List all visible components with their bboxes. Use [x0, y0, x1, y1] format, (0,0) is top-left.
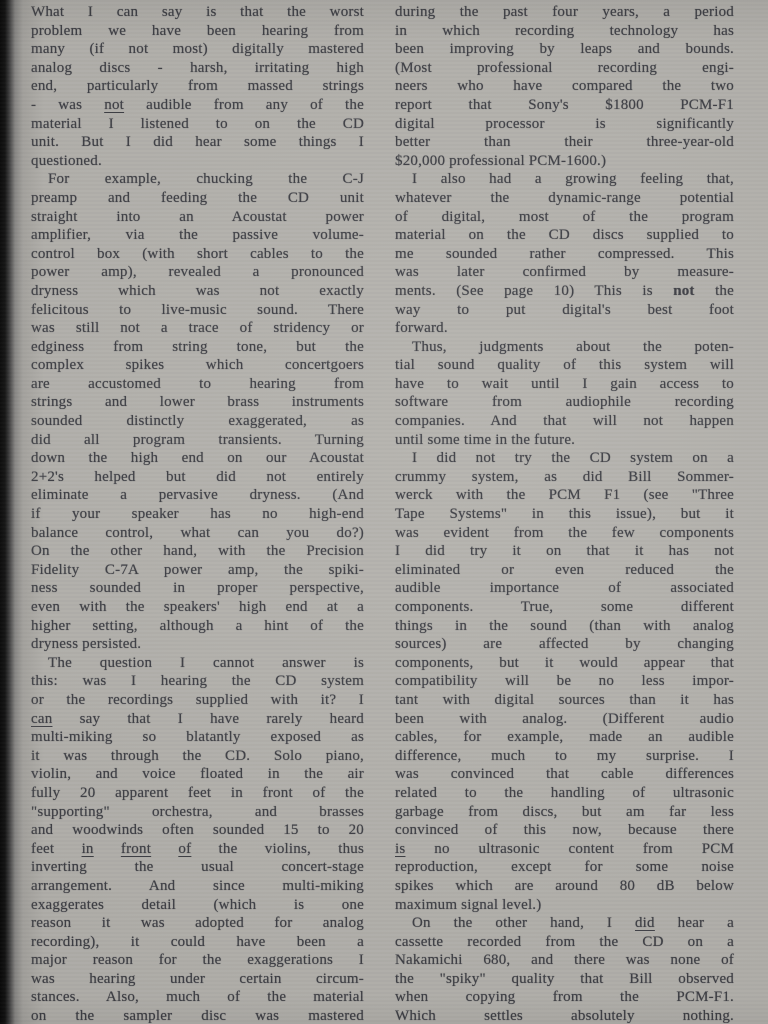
underlined-text: is: [395, 841, 405, 857]
text-segment: whatever the dynamic-range potential: [395, 190, 734, 206]
text-line: werck with the PCM F1 (see "Three: [395, 486, 734, 505]
text-segment: many (if not most) digitally mastered: [31, 41, 364, 57]
text-line: eliminated or even reduced the: [395, 561, 734, 580]
text-segment: The question I cannot answer is: [48, 655, 364, 671]
text-line: ments. (See page 10) This is not the: [395, 282, 734, 301]
text-line: recording), it could have been a: [31, 933, 364, 952]
text-line: better than their three-year-old: [395, 133, 734, 152]
text-segment: convinced of this now, because there: [395, 822, 734, 838]
text-segment: in which recording technology has: [395, 23, 734, 39]
text-line: of digital, most of the program: [395, 208, 734, 227]
text-line: questioned.: [31, 152, 364, 171]
bold-text: not: [673, 283, 694, 299]
text-line: Thus, judgments about the poten-: [395, 338, 734, 357]
text-line: fully 20 apparent feet in front of the: [31, 784, 364, 803]
text-segment: on the sampler disc was mastered: [31, 1008, 364, 1024]
underlined-text: did: [635, 915, 655, 931]
text-line: felicitous to live-music sound. There: [31, 301, 364, 320]
text-segment: me sounded rather compressed. This: [395, 246, 734, 262]
text-line: compatibility will be no less impor-: [395, 672, 734, 691]
text-line: (Most professional recording engi-: [395, 59, 734, 78]
text-line: - was not audible from any of the: [31, 96, 364, 115]
text-segment: was evident from the few components: [395, 525, 734, 541]
text-line: Fidelity C-7A power amp, the spiki-: [31, 561, 364, 580]
text-segment: was still not a trace of stridency or: [31, 320, 364, 336]
text-line: multi-miking so blatantly exposed as: [31, 728, 364, 747]
text-line: can say that I have rarely heard: [31, 710, 364, 729]
text-line: What I can say is that the worst: [31, 3, 364, 22]
text-line: On the other hand, I did hear a: [395, 914, 734, 933]
text-segment: cassette recorded from the CD on a: [395, 934, 734, 950]
text-line: eliminate a pervasive dryness. (And: [31, 486, 364, 505]
text-line: cassette recorded from the CD on a: [395, 933, 734, 952]
text-segment: reason it was adopted for analog: [31, 915, 364, 931]
text-line: strings and lower brass instruments: [31, 393, 364, 412]
text-segment: end, particularly from massed strings: [31, 78, 364, 94]
text-line: sources) are affected by changing: [395, 635, 734, 654]
text-segment: I did try it on that it has not: [395, 543, 734, 559]
text-line: 2+2's helped but did not entirely: [31, 468, 364, 487]
text-line: feet in front of the violins, thus: [31, 840, 364, 859]
text-segment: things in the sound (than with analog: [395, 618, 734, 634]
text-segment: the violins, thus: [191, 841, 364, 857]
text-segment: amplifier, via the passive volume-: [31, 227, 364, 243]
text-segment: components, but it would appear that: [395, 655, 734, 671]
text-line: when copying from the PCM-F1.: [395, 988, 734, 1007]
text-segment: audible from any of the: [124, 97, 364, 113]
text-line: "supporting" orchestra, and brasses: [31, 803, 364, 822]
text-line: software from audiophile recording: [395, 393, 734, 412]
text-segment: questioned.: [31, 153, 102, 169]
text-segment: was convinced that cable differences: [395, 766, 734, 782]
text-segment: Nakamichi 680, and there was none of: [395, 952, 734, 968]
text-segment: the "spiky" quality that Bill observed: [395, 971, 734, 987]
text-segment: [151, 841, 178, 857]
text-segment: arrangement. And since multi-miking: [31, 878, 364, 894]
text-line: sounded distinctly exaggerated, as: [31, 412, 364, 431]
text-segment: Which settles absolutely nothing.: [395, 1008, 734, 1024]
underlined-text: of: [178, 841, 191, 857]
text-segment: way to put digital's best foot: [395, 302, 734, 318]
text-line: related to the handling of ultrasonic: [395, 784, 734, 803]
text-segment: compatibility will be no less impor-: [395, 673, 734, 689]
text-line: have to wait until I gain access to: [395, 375, 734, 394]
text-line: was hearing under certain circum-: [31, 970, 364, 989]
text-segment: balance control, what can you do?): [31, 525, 364, 541]
text-line: reason it was adopted for analog: [31, 914, 364, 933]
text-segment: audible importance of associated: [395, 580, 734, 596]
text-line: Tape Systems" in this issue), but it: [395, 505, 734, 524]
text-segment: [94, 841, 121, 857]
text-segment: On the other hand, I: [412, 915, 635, 931]
text-line: garbage from discs, but am far less: [395, 803, 734, 822]
text-segment: tial sound quality of this system will: [395, 357, 734, 373]
text-segment: was later confirmed by measure-: [395, 264, 734, 280]
text-line: Nakamichi 680, and there was none of: [395, 951, 734, 970]
text-line: did all program transients. Turning: [31, 431, 364, 450]
text-line: unit. But I did hear some things I: [31, 133, 364, 152]
text-segment: related to the handling of ultrasonic: [395, 785, 734, 801]
text-segment: during the past four years, a period: [395, 4, 734, 20]
text-line: it was through the CD. Solo piano,: [31, 747, 364, 766]
text-segment: companies. And that will not happen: [395, 413, 734, 429]
text-segment: stances. Also, much of the material: [31, 989, 364, 1005]
text-line: problem we have been hearing from: [31, 22, 364, 41]
text-column-left: What I can say is that the worstproblem …: [31, 3, 364, 1024]
text-line: neers who have compared the two: [395, 77, 734, 96]
text-segment: if your speaker has no high-end: [31, 506, 364, 522]
text-line: higher setting, although a hint of the: [31, 617, 364, 636]
text-line: tial sound quality of this system will: [395, 356, 734, 375]
text-segment: higher setting, although a hint of the: [31, 618, 364, 634]
text-segment: eliminated or even reduced the: [395, 562, 734, 578]
text-line: is no ultrasonic content from PCM: [395, 840, 734, 859]
text-line: components, but it would appear that: [395, 654, 734, 673]
text-segment: Fidelity C-7A power amp, the spiki-: [31, 562, 364, 578]
text-line: reproduction, except for some noise: [395, 858, 734, 877]
text-line: was evident from the few components: [395, 524, 734, 543]
text-segment: material I listened to on the CD: [31, 116, 364, 132]
text-segment: or the recordings supplied with it? I: [31, 692, 364, 708]
text-line: inverting the usual concert-stage: [31, 858, 364, 877]
text-line: arrangement. And since multi-miking: [31, 877, 364, 896]
text-line: balance control, what can you do?): [31, 524, 364, 543]
text-line: On the other hand, with the Precision: [31, 542, 364, 561]
text-segment: edginess from string tone, but the: [31, 339, 364, 355]
text-segment: multi-miking so blatantly exposed as: [31, 729, 364, 745]
text-line: way to put digital's best foot: [395, 301, 734, 320]
text-segment: - was: [31, 97, 104, 113]
text-line: report that Sony's $1800 PCM-F1: [395, 96, 734, 115]
text-segment: software from audiophile recording: [395, 394, 734, 410]
text-segment: forward.: [395, 320, 448, 336]
text-line: things in the sound (than with analog: [395, 617, 734, 636]
text-line: or the recordings supplied with it? I: [31, 691, 364, 710]
text-line: analog discs - harsh, irritating high: [31, 59, 364, 78]
text-line: complex spikes which concertgoers: [31, 356, 364, 375]
text-line: whatever the dynamic-range potential: [395, 189, 734, 208]
underlined-text: not: [104, 97, 124, 113]
text-segment: recording), it could have been a: [31, 934, 364, 950]
text-line: the "spiky" quality that Bill observed: [395, 970, 734, 989]
text-segment: I also had a growing feeling that,: [412, 171, 734, 187]
text-line: been improving by leaps and bounds.: [395, 40, 734, 59]
text-line: components. True, some different: [395, 598, 734, 617]
text-segment: it was through the CD. Solo piano,: [31, 748, 364, 764]
text-segment: even with the speakers' high end at a: [31, 599, 364, 615]
text-segment: feet: [31, 841, 82, 857]
text-line: was convinced that cable differences: [395, 765, 734, 784]
text-line: companies. And that will not happen: [395, 412, 734, 431]
text-line: For example, chucking the C-J: [31, 170, 364, 189]
text-line: in which recording technology has: [395, 22, 734, 41]
text-segment: problem we have been hearing from: [31, 23, 364, 39]
text-line: $20,000 professional PCM-1600.): [395, 152, 734, 171]
text-segment: power amp), revealed a pronounced: [31, 264, 364, 280]
underlined-text: front: [121, 841, 151, 857]
text-line: down the high end on our Acoustat: [31, 449, 364, 468]
text-segment: difference, much to my surprise. I: [395, 748, 734, 764]
text-line: was still not a trace of stridency or: [31, 319, 364, 338]
text-segment: cables, for example, made an audible: [395, 729, 734, 745]
text-segment: this: was I hearing the CD system: [31, 673, 364, 689]
text-line: convinced of this now, because there: [395, 821, 734, 840]
text-line: control box (with short cables to the: [31, 245, 364, 264]
text-segment: tant with digital sources than it has: [395, 692, 734, 708]
text-segment: and woodwinds often sounded 15 to 20: [31, 822, 364, 838]
underlined-text: in: [82, 841, 94, 857]
text-segment: neers who have compared the two: [395, 78, 734, 94]
text-line: been with analog. (Different audio: [395, 710, 734, 729]
text-segment: hear a: [655, 915, 734, 931]
text-segment: For example, chucking the C-J: [48, 171, 364, 187]
scanned-magazine-page: What I can say is that the worstproblem …: [0, 0, 768, 1024]
text-segment: I did not try the CD system on a: [412, 450, 734, 466]
text-segment: no ultrasonic content from PCM: [405, 841, 734, 857]
text-line: exaggerates detail (which is one: [31, 896, 364, 915]
text-line: if your speaker has no high-end: [31, 505, 364, 524]
text-segment: violin, and voice floated in the air: [31, 766, 364, 782]
text-segment: ness sounded in proper perspective,: [31, 580, 364, 596]
text-segment: major reason for the exaggerations I: [31, 952, 364, 968]
text-line: digital processor is significantly: [395, 115, 734, 134]
text-line: preamp and feeding the CD unit: [31, 189, 364, 208]
text-line: ness sounded in proper perspective,: [31, 579, 364, 598]
text-line: power amp), revealed a pronounced: [31, 263, 364, 282]
text-line: amplifier, via the passive volume-: [31, 226, 364, 245]
text-line: I did not try the CD system on a: [395, 449, 734, 468]
text-line: on the sampler disc was mastered: [31, 1007, 364, 1024]
text-segment: inverting the usual concert-stage: [31, 859, 364, 875]
text-segment: have to wait until I gain access to: [395, 376, 734, 392]
text-line: end, particularly from massed strings: [31, 77, 364, 96]
text-line: until some time in the future.: [395, 431, 734, 450]
text-segment: when copying from the PCM-F1.: [395, 989, 734, 1005]
text-line: I also had a growing feeling that,: [395, 170, 734, 189]
text-segment: felicitous to live-music sound. There: [31, 302, 364, 318]
text-segment: "supporting" orchestra, and brasses: [31, 804, 364, 820]
text-segment: garbage from discs, but am far less: [395, 804, 734, 820]
text-segment: ments. (See page 10) This is: [395, 283, 673, 299]
text-line: material I listened to on the CD: [31, 115, 364, 134]
text-line: many (if not most) digitally mastered: [31, 40, 364, 59]
text-segment: 2+2's helped but did not entirely: [31, 469, 364, 485]
text-line: dryness persisted.: [31, 635, 364, 654]
text-line: and woodwinds often sounded 15 to 20: [31, 821, 364, 840]
text-segment: eliminate a pervasive dryness. (And: [31, 487, 364, 503]
text-segment: dryness persisted.: [31, 636, 141, 652]
text-segment: control box (with short cables to the: [31, 246, 364, 262]
text-line: dryness which was not exactly: [31, 282, 364, 301]
text-line: forward.: [395, 319, 734, 338]
text-line: The question I cannot answer is: [31, 654, 364, 673]
text-column-right: during the past four years, a periodin w…: [395, 3, 734, 1024]
text-segment: maximum signal level.): [395, 897, 541, 913]
text-segment: of digital, most of the program: [395, 209, 734, 225]
text-segment: werck with the PCM F1 (see "Three: [395, 487, 734, 503]
text-line: me sounded rather compressed. This: [395, 245, 734, 264]
text-segment: unit. But I did hear some things I: [31, 134, 364, 150]
text-segment: sounded distinctly exaggerated, as: [31, 413, 364, 429]
text-line: material on the CD discs supplied to: [395, 226, 734, 245]
text-line: tant with digital sources than it has: [395, 691, 734, 710]
text-line: straight into an Acoustat power: [31, 208, 364, 227]
text-segment: components. True, some different: [395, 599, 734, 615]
text-segment: Thus, judgments about the poten-: [412, 339, 734, 355]
text-line: spikes which are around 80 dB below: [395, 877, 734, 896]
text-segment: straight into an Acoustat power: [31, 209, 364, 225]
text-segment: strings and lower brass instruments: [31, 394, 364, 410]
text-segment: sources) are affected by changing: [395, 636, 734, 652]
text-segment: reproduction, except for some noise: [395, 859, 734, 875]
text-segment: dryness which was not exactly: [31, 283, 364, 299]
text-segment: down the high end on our Acoustat: [31, 450, 364, 466]
text-line: even with the speakers' high end at a: [31, 598, 364, 617]
text-segment: did all program transients. Turning: [31, 432, 364, 448]
text-segment: are accustomed to hearing from: [31, 376, 364, 392]
text-segment: On the other hand, with the Precision: [31, 543, 364, 559]
text-segment: been with analog. (Different audio: [395, 711, 734, 727]
text-segment: the: [695, 283, 734, 299]
text-segment: say that I have rarely heard: [52, 711, 364, 727]
text-segment: exaggerates detail (which is one: [31, 897, 364, 913]
text-line: audible importance of associated: [395, 579, 734, 598]
text-line: violin, and voice floated in the air: [31, 765, 364, 784]
text-segment: preamp and feeding the CD unit: [31, 190, 364, 206]
text-line: edginess from string tone, but the: [31, 338, 364, 357]
text-segment: spikes which are around 80 dB below: [395, 878, 734, 894]
text-line: major reason for the exaggerations I: [31, 951, 364, 970]
text-segment: What I can say is that the worst: [31, 4, 364, 20]
text-segment: been improving by leaps and bounds.: [395, 41, 734, 57]
text-line: difference, much to my surprise. I: [395, 747, 734, 766]
text-line: are accustomed to hearing from: [31, 375, 364, 394]
text-segment: crummy system, as did Bill Sommer-: [395, 469, 734, 485]
text-line: was later confirmed by measure-: [395, 263, 734, 282]
text-line: cables, for example, made an audible: [395, 728, 734, 747]
text-line: maximum signal level.): [395, 896, 734, 915]
text-line: this: was I hearing the CD system: [31, 672, 364, 691]
underlined-text: can: [31, 711, 52, 727]
text-segment: analog discs - harsh, irritating high: [31, 60, 364, 76]
text-line: I did try it on that it has not: [395, 542, 734, 561]
text-segment: report that Sony's $1800 PCM-F1: [395, 97, 734, 113]
text-segment: fully 20 apparent feet in front of the: [31, 785, 364, 801]
text-segment: better than their three-year-old: [395, 134, 734, 150]
text-line: Which settles absolutely nothing.: [395, 1007, 734, 1024]
text-line: during the past four years, a period: [395, 3, 734, 22]
text-segment: Tape Systems" in this issue), but it: [395, 506, 734, 522]
text-segment: digital processor is significantly: [395, 116, 734, 132]
text-line: crummy system, as did Bill Sommer-: [395, 468, 734, 487]
text-segment: (Most professional recording engi-: [395, 60, 734, 76]
text-segment: until some time in the future.: [395, 432, 575, 448]
text-segment: complex spikes which concertgoers: [31, 357, 364, 373]
text-segment: $20,000 professional PCM-1600.): [395, 153, 606, 169]
text-line: stances. Also, much of the material: [31, 988, 364, 1007]
text-segment: material on the CD discs supplied to: [395, 227, 734, 243]
text-segment: was hearing under certain circum-: [31, 971, 364, 987]
